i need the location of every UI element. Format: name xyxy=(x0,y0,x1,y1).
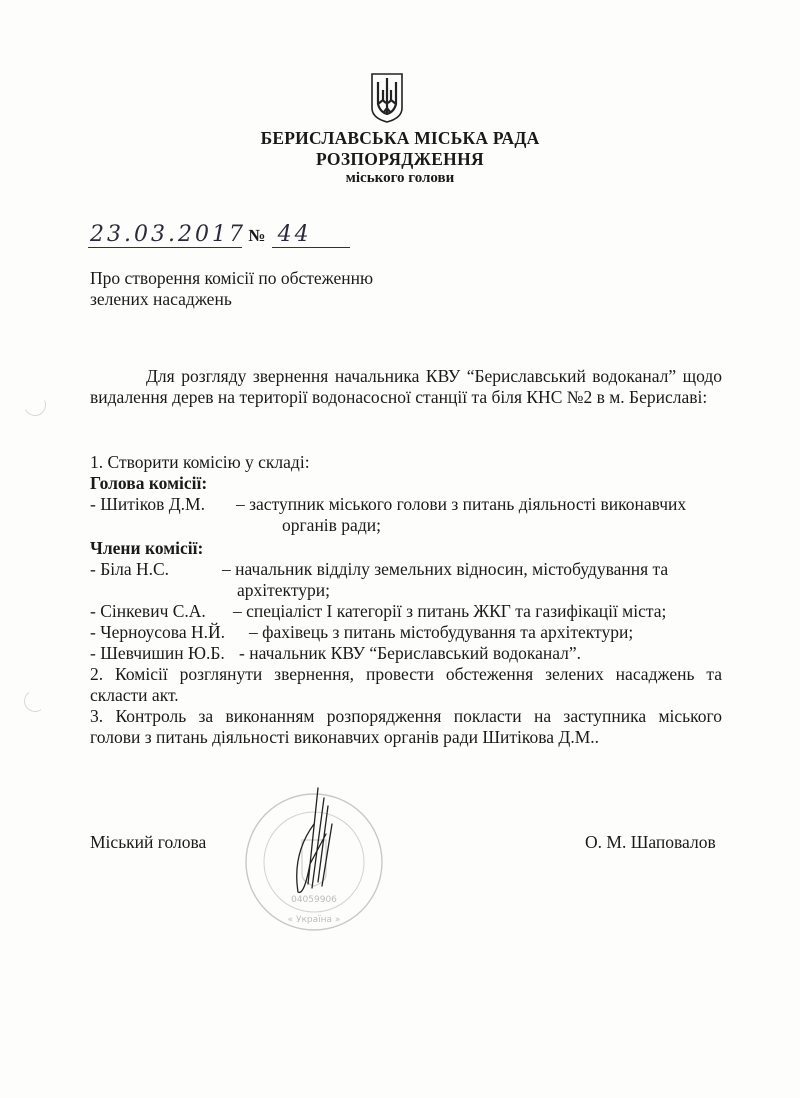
head-role-line-1: – заступник міського голови з питань дія… xyxy=(236,494,686,515)
item-1: 1. Створити комісію у складі: xyxy=(90,452,310,473)
number-sign: № xyxy=(248,226,265,245)
punch-hole-mark xyxy=(21,391,49,419)
member-3-role: – фахівець з питань містобудування та ар… xyxy=(249,622,633,643)
member-1-name: - Біла Н.С. xyxy=(90,559,169,580)
head-role-line-2: органів ради; xyxy=(282,515,381,536)
intro-paragraph: Для розгляду звернення начальника КВУ “Б… xyxy=(90,366,722,408)
members-label: Члени комісії: xyxy=(90,538,203,559)
head-name: - Шитіков Д.М. xyxy=(90,494,205,515)
stamp-code: 04059906 xyxy=(291,895,337,905)
item-3-line-1: 3. Контроль за виконанням розпорядження … xyxy=(90,706,722,727)
member-3-name: - Черноусова Н.Й. xyxy=(90,622,225,643)
item-2-line-2: скласти акт. xyxy=(90,685,179,706)
coat-of-arms-trident-icon xyxy=(370,72,404,124)
punch-hole-mark xyxy=(22,688,47,713)
subject-line-2: зелених насаджень xyxy=(90,289,373,310)
organization-title: БЕРИСЛАВСЬКА МІСЬКА РАДА xyxy=(0,128,800,149)
document-subject: Про створення комісії по обстеженню зеле… xyxy=(90,268,373,310)
member-2-name: - Сінкевич С.А. xyxy=(90,601,206,622)
handwritten-date: 23.03.2017 xyxy=(88,222,242,248)
subject-line-1: Про створення комісії по обстеженню xyxy=(90,268,373,289)
intro-text: Для розгляду звернення начальника КВУ “Б… xyxy=(90,366,722,407)
document-type: РОЗПОРЯДЖЕННЯ xyxy=(0,149,800,170)
signer-name: О. М. Шаповалов xyxy=(585,832,716,853)
member-1-role-line-2: архітектури; xyxy=(237,580,330,601)
member-4-name: - Шевчишин Ю.Б. xyxy=(90,643,225,664)
stamp-country: « Україна » xyxy=(288,915,341,925)
signer-position: Міський голова xyxy=(90,832,206,853)
member-2-role: – спеціаліст І категорії з питань ЖКГ та… xyxy=(233,601,666,622)
member-1-role-line-1: – начальник відділу земельних відносин, … xyxy=(222,559,668,580)
item-2-line-1: 2. Комісії розглянути звернення, провест… xyxy=(90,664,722,685)
registration-line: 23.03.2017 № 44 xyxy=(88,222,350,248)
handwritten-number: 44 xyxy=(272,222,350,248)
item-3-line-2: голови з питань діяльності виконавчих ор… xyxy=(90,727,599,748)
issuer: міського голови xyxy=(0,170,800,187)
official-stamp: 04059906 « Україна » xyxy=(232,784,392,934)
head-label: Голова комісії: xyxy=(90,473,207,494)
member-4-role: - начальник КВУ “Бериславський водоканал… xyxy=(239,643,581,664)
